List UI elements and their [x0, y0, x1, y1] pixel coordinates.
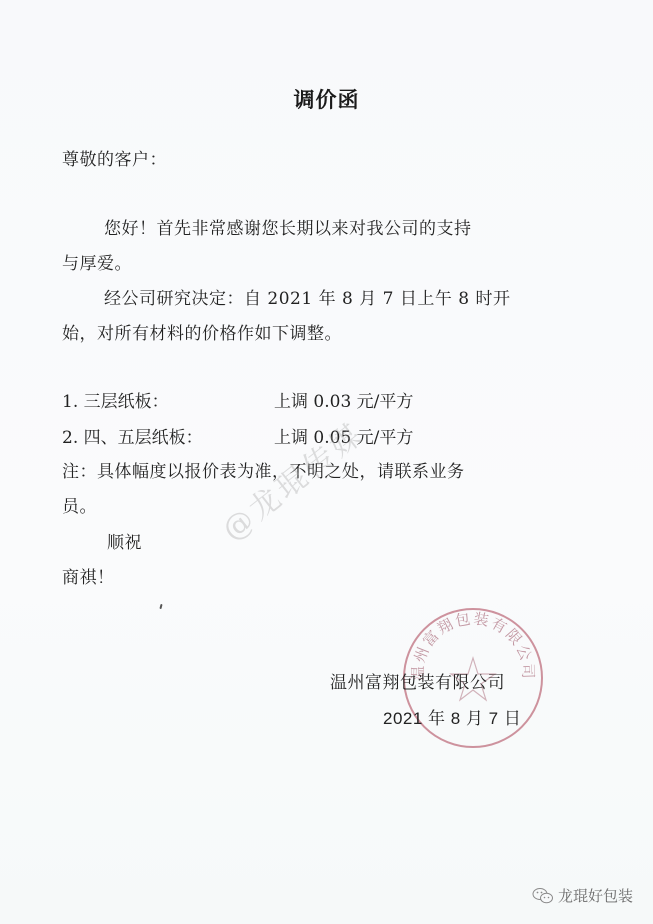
- adjustment-value: 上调 0.05 元/平方: [274, 423, 413, 448]
- account-name: 龙琨好包装: [558, 885, 633, 906]
- signature-company: 温州富翔包装有限公司: [330, 668, 505, 693]
- closing-greeting: 顺祝: [107, 528, 142, 553]
- wechat-account-footer[interactable]: 龙琨好包装: [532, 885, 633, 906]
- salutation: 尊敬的客户：: [62, 145, 167, 170]
- note-line-1: 注：具体幅度以报价表为准，不明之处，请联系业务: [62, 457, 465, 482]
- scan-artifact: [159, 604, 162, 609]
- adjustment-label: 2. 四、五层纸板：: [62, 423, 203, 448]
- adjustment-label: 1. 三层纸板：: [62, 387, 169, 412]
- signature-date: 2021 年 8 月 7 日: [383, 704, 521, 729]
- adjustment-value: 上调 0.03 元/平方: [274, 387, 413, 412]
- paragraph-1-line-1: 您好！首先非常感谢您长期以来对我公司的支持: [104, 214, 472, 239]
- paragraph-2-line-1: 经公司研究决定：自 2021 年 8 月 7 日上午 8 时开: [104, 284, 510, 309]
- wechat-icon: [532, 887, 554, 905]
- document-title: 调价函: [0, 84, 653, 114]
- paragraph-1-line-2: 与厚爱。: [62, 249, 132, 274]
- document-page: 调价函 尊敬的客户： 您好！首先非常感谢您长期以来对我公司的支持 与厚爱。 经公…: [0, 0, 653, 924]
- paragraph-2-line-2: 始，对所有材料的价格作如下调整。: [62, 319, 342, 344]
- adjustment-item-2: 2. 四、五层纸板： 上调 0.05 元/平方: [62, 423, 203, 448]
- note-line-2: 员。: [62, 492, 97, 517]
- adjustment-item-1: 1. 三层纸板： 上调 0.03 元/平方: [62, 387, 169, 412]
- closing-wish: 商祺！: [62, 563, 115, 588]
